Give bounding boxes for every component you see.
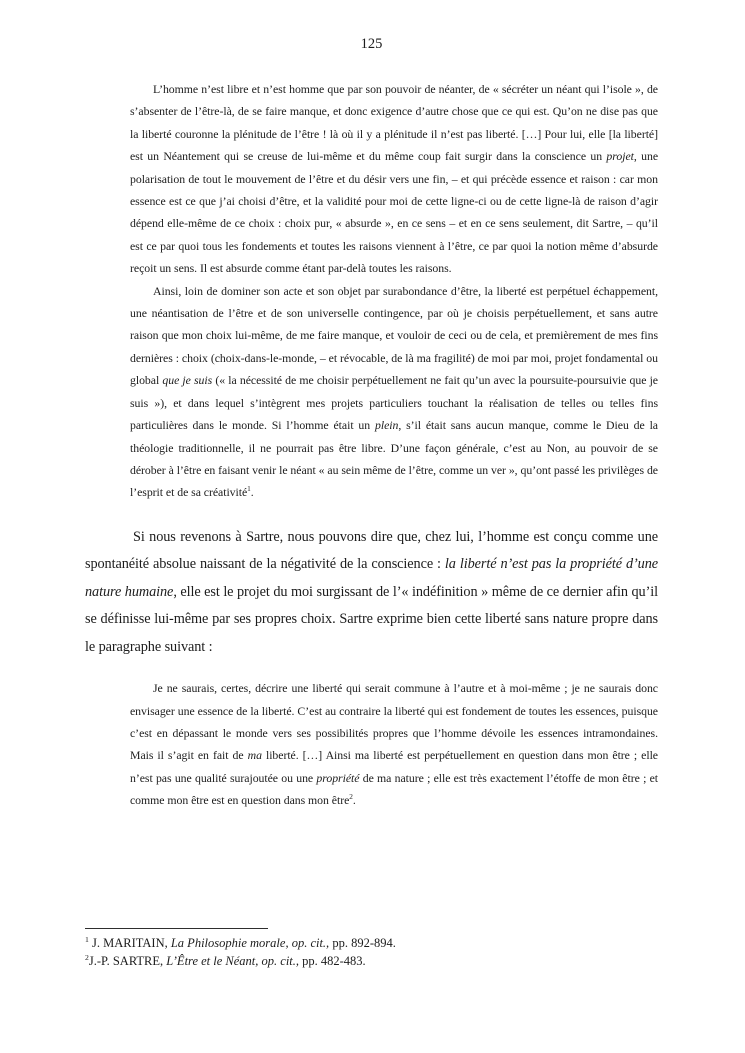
block-quote-2: Ainsi, loin de dominer son acte et son o…	[130, 280, 658, 504]
block-quote-3: Je ne saurais, certes, décrire une liber…	[130, 677, 658, 811]
footnote-separator	[85, 928, 268, 929]
page-content: 125 L’homme n’est libre et n’est homme q…	[0, 0, 745, 812]
block-quote-1: L’homme n’est libre et n’est homme que p…	[130, 78, 658, 280]
footnote-1: 1 J. MARITAIN, La Philosophie morale, op…	[85, 934, 658, 952]
footnote-2: 2J.-P. SARTRE, L’Être et le Néant, op. c…	[85, 952, 658, 970]
page-number: 125	[85, 36, 658, 52]
body-paragraph: Si nous revenons à Sartre, nous pouvons …	[85, 524, 658, 662]
document-page: 125 L’homme n’est libre et n’est homme q…	[0, 0, 745, 1053]
footnotes-section: 1 J. MARITAIN, La Philosophie morale, op…	[85, 928, 658, 970]
